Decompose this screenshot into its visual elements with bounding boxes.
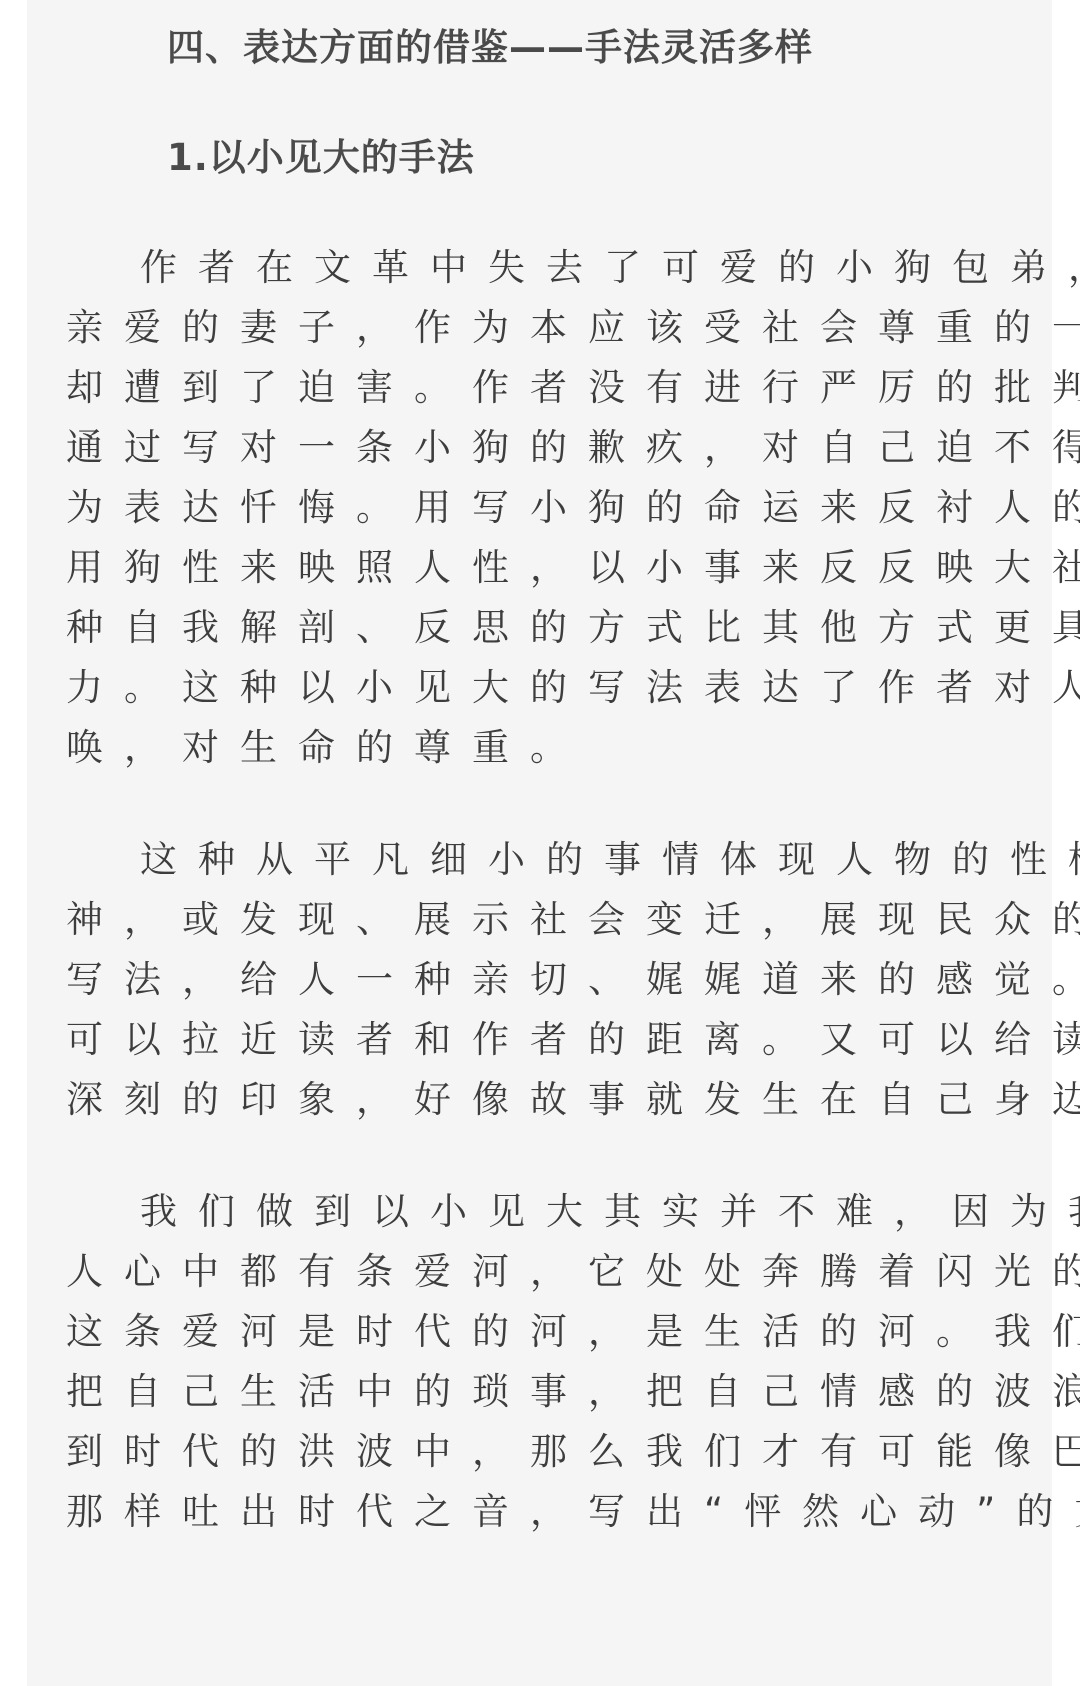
paragraph-line: 那样吐出时代之音，写出“怦然心动”的文章。 [66, 1493, 946, 1530]
paragraph-line: 却遭到了迫害。作者没有进行严厉的批判，而是 [66, 369, 946, 406]
paragraph-line: 唤，对生命的尊重。 [66, 729, 946, 766]
sub-heading: 1.以小见大的手法 [167, 139, 475, 176]
paragraph-line: 作者在文革中失去了可爱的小狗包弟，失去了 [140, 249, 1020, 286]
paragraph-line: 通过写对一条小狗的歉疚，对自己迫不得已的行 [66, 429, 946, 466]
paragraph-line: 我们做到以小见大其实并不难，因为我们每个 [140, 1193, 1020, 1230]
paragraph-line: 写法，给人一种亲切、娓娓道来的感觉。这样既 [66, 961, 946, 998]
paragraph-line: 可以拉近读者和作者的距离。又可以给读者留下 [66, 1021, 946, 1058]
paragraph-line: 为表达忏悔。用写小狗的命运来反衬人的命运， [66, 489, 946, 526]
paragraph-line: 人心中都有条爱河，它处处奔腾着闪光的波浪。 [66, 1253, 946, 1290]
paragraph-line: 用狗性来映照人性，以小事来反反映大社会。这 [66, 549, 946, 586]
paragraph-line: 亲爱的妻子，作为本应该受社会尊重的一位作家 [66, 309, 946, 346]
paragraph-line: 到时代的洪波中，那么我们才有可能像巴金先生 [66, 1433, 946, 1470]
paragraph-line: 这条爱河是时代的河，是生活的河。我们写作时 [66, 1313, 946, 1350]
paragraph-line: 力。这种以小见大的写法表达了作者对人性的呼 [66, 669, 946, 706]
paragraph-line: 种自我解剖、反思的方式比其他方式更具有震撼 [66, 609, 946, 646]
section-heading: 四、表达方面的借鉴——手法灵活多样 [167, 29, 813, 66]
paragraph-line: 深刻的印象，好像故事就发生在自己身边一样。 [66, 1081, 946, 1118]
paragraph-line: 神，或发现、展示社会变迁，展现民众的命运的 [66, 901, 946, 938]
paragraph-line: 把自己生活中的琐事，把自己情感的波浪，汇入 [66, 1373, 946, 1410]
paragraph-line: 这种从平凡细小的事情体现人物的性格和精 [140, 841, 1020, 878]
